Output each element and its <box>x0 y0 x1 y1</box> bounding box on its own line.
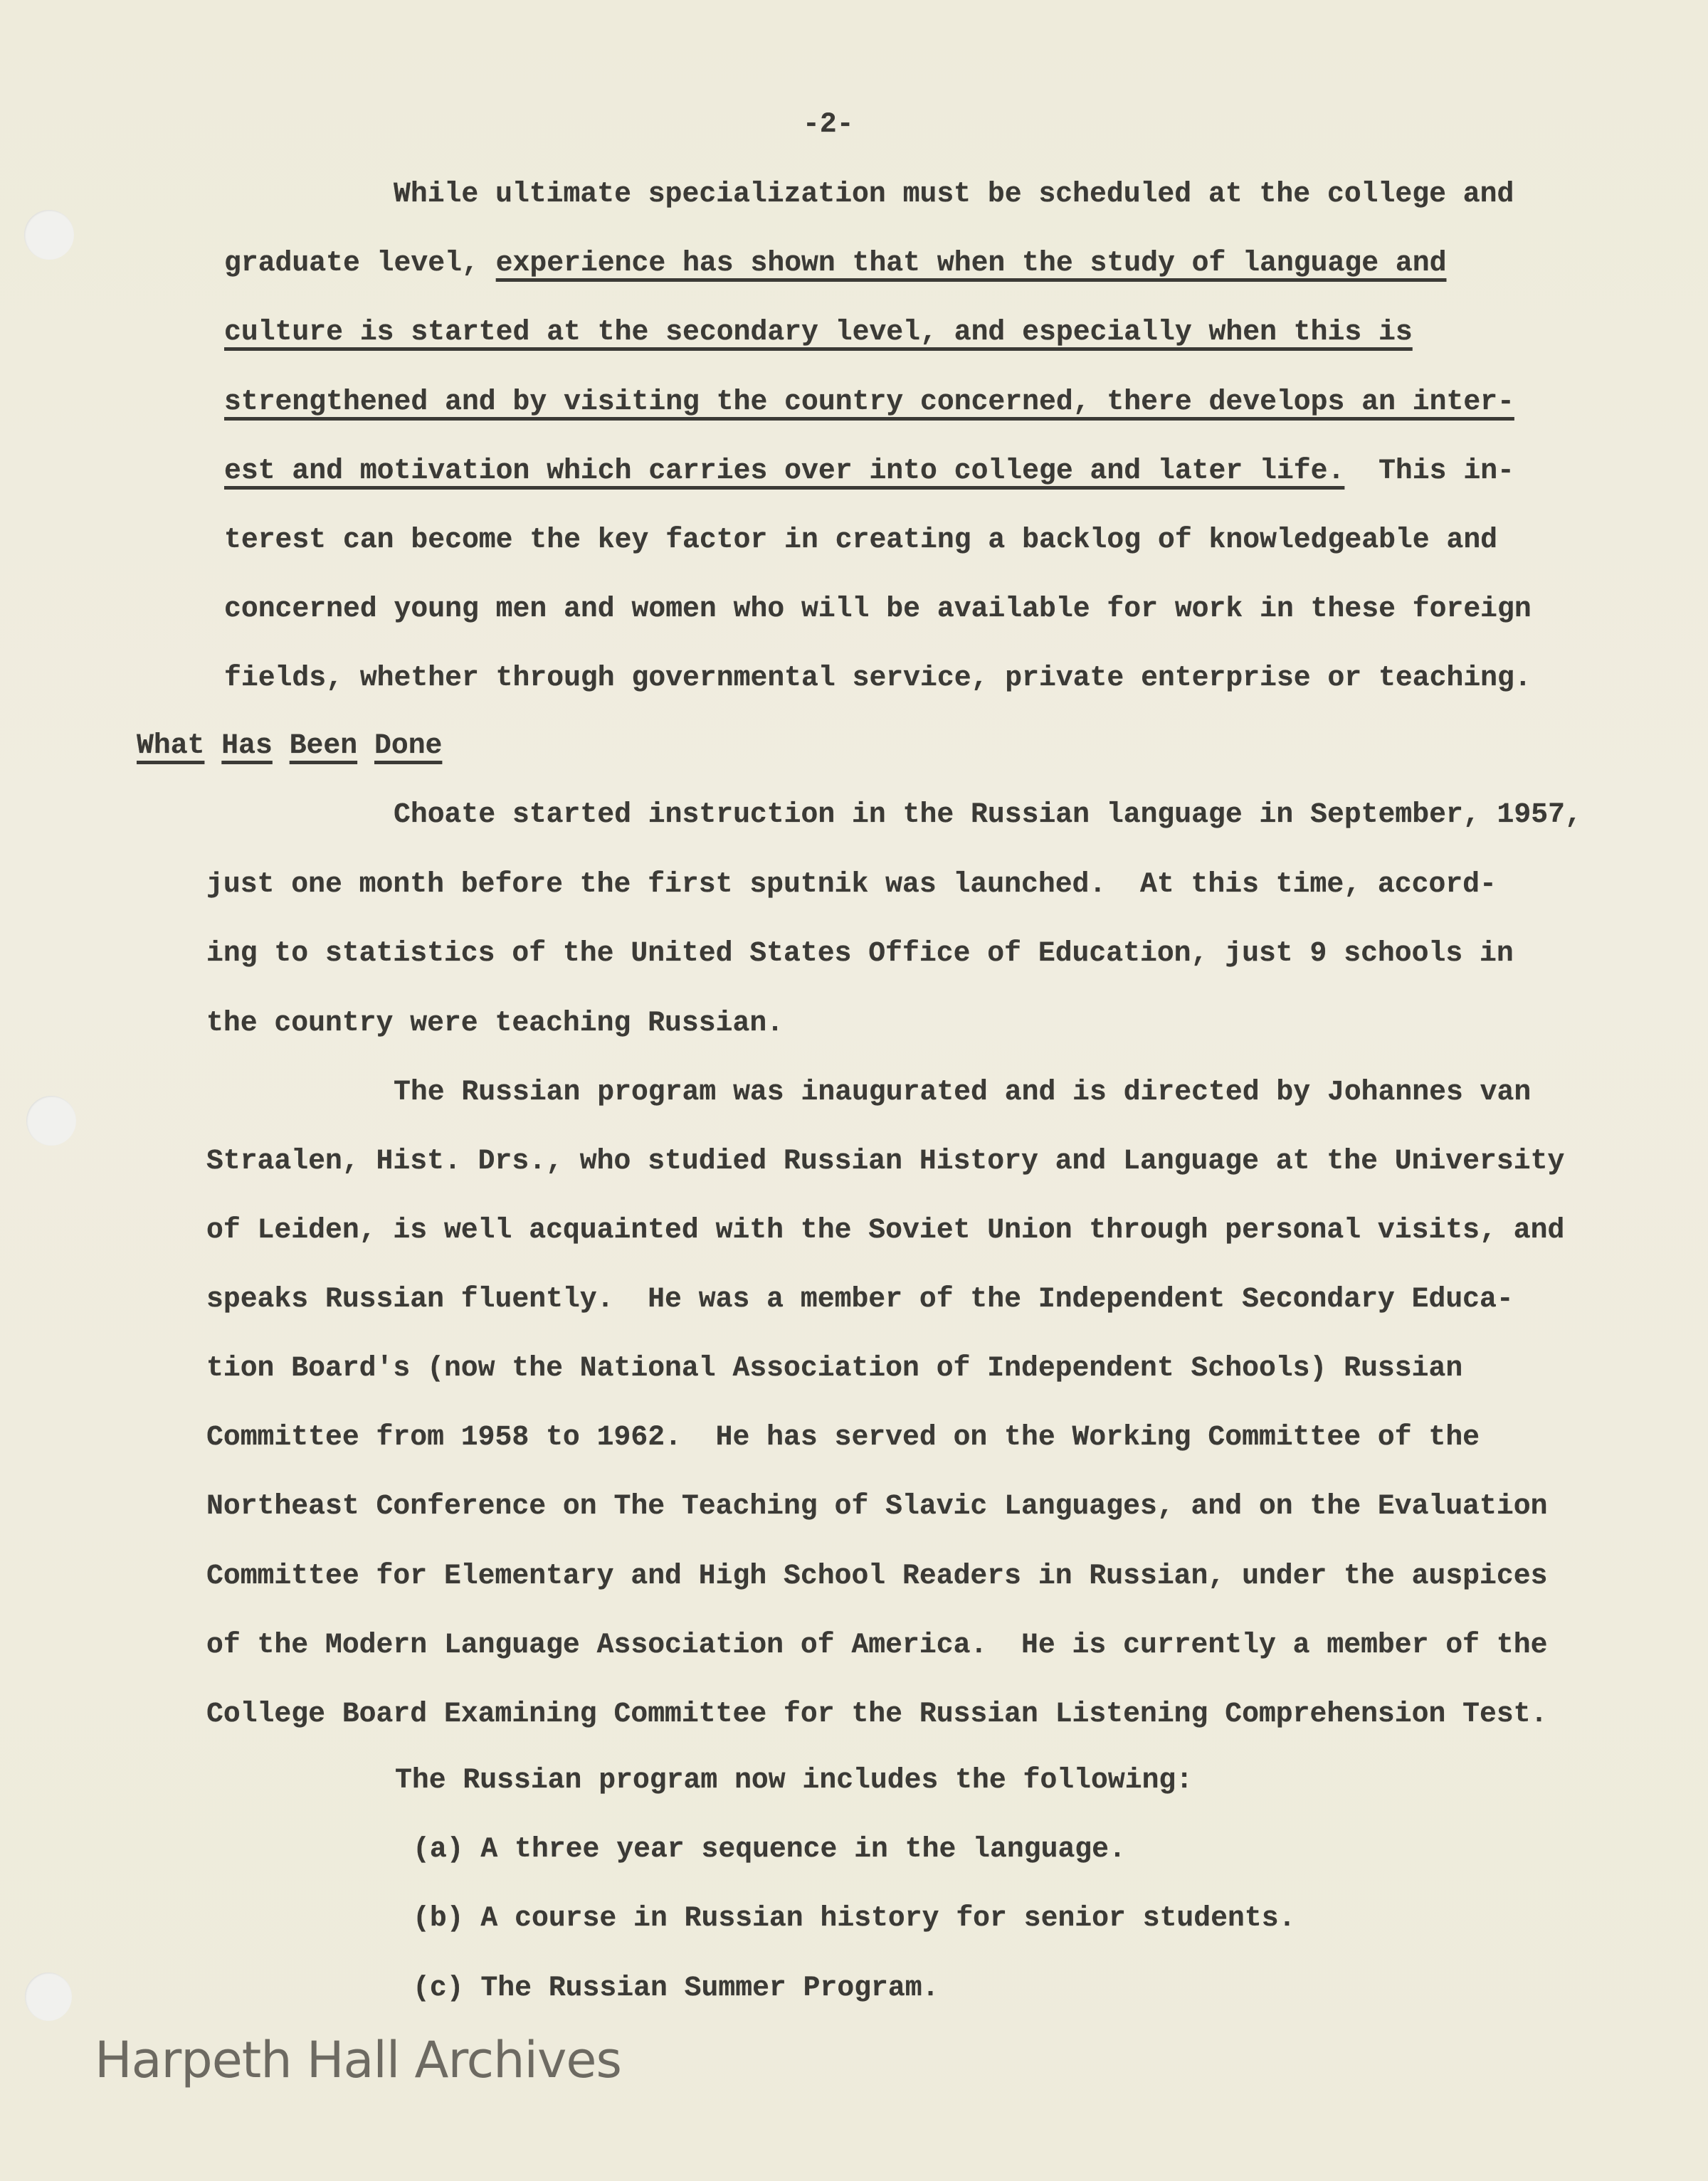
underlined-passage: est and motivation which carries over in… <box>224 455 1344 487</box>
paragraph3-line-5: tion Board's (now the National Associati… <box>206 1354 1462 1383</box>
paragraph3-line-8: Committee for Elementary and High School… <box>206 1562 1547 1590</box>
paragraph1-line-1: While ultimate specialization must be sc… <box>394 180 1514 208</box>
paragraph2-line-4: the country were teaching Russian. <box>206 1009 784 1037</box>
paragraph1-line-2: graduate level, experience has shown tha… <box>224 249 1447 278</box>
underlined-passage: strengthened and by visiting the country… <box>224 386 1514 418</box>
punch-hole-top <box>24 210 74 260</box>
page-number: -2- <box>803 110 854 139</box>
underlined-passage: culture is started at the secondary leve… <box>224 316 1413 348</box>
paragraph1-line-5-plain: This in- <box>1344 455 1514 487</box>
program-intro: The Russian program now includes the fol… <box>395 1766 1193 1795</box>
archive-watermark: Harpeth Hall Archives <box>95 2035 621 2085</box>
paragraph1-line-3: culture is started at the secondary leve… <box>224 318 1413 347</box>
heading-word: What <box>137 729 204 761</box>
paragraph2-line-1: Choate started instruction in the Russia… <box>394 801 1582 829</box>
paragraph3-line-7: Northeast Conference on The Teaching of … <box>206 1492 1547 1521</box>
program-item-a: (a) A three year sequence in the languag… <box>413 1835 1126 1864</box>
paragraph1-line-2-plain: graduate level, <box>224 247 496 279</box>
paragraph3-line-9: of the Modern Language Association of Am… <box>206 1631 1547 1659</box>
program-item-b: (b) A course in Russian history for seni… <box>413 1904 1295 1933</box>
paragraph2-line-2: just one month before the first sputnik … <box>206 870 1497 899</box>
document-page: -2- While ultimate specialization must b… <box>0 0 1708 2181</box>
paragraph1-line-7: concerned young men and women who will b… <box>224 595 1532 623</box>
heading-word: Has <box>221 729 273 761</box>
paragraph1-line-4: strengthened and by visiting the country… <box>224 388 1514 416</box>
paragraph3-line-2: Straalen, Hist. Drs., who studied Russia… <box>206 1147 1564 1176</box>
paragraph1-line-5: est and motivation which carries over in… <box>224 457 1514 485</box>
paragraph3-line-4: speaks Russian fluently. He was a member… <box>206 1285 1514 1314</box>
program-item-c: (c) The Russian Summer Program. <box>413 1974 939 2002</box>
section-heading: What Has Been Done <box>137 732 442 760</box>
paragraph3-line-6: Committee from 1958 to 1962. He has serv… <box>206 1423 1480 1452</box>
punch-hole-middle <box>26 1096 76 1146</box>
underlined-passage: experience has shown that when the study… <box>496 247 1447 279</box>
paragraph3-line-1: The Russian program was inaugurated and … <box>394 1078 1531 1107</box>
paragraph3-line-10: College Board Examining Committee for th… <box>206 1700 1547 1728</box>
punch-hole-bottom <box>25 1973 72 2021</box>
paragraph1-line-6: terest can become the key factor in crea… <box>224 526 1497 554</box>
heading-word: Been <box>290 729 357 761</box>
heading-word: Done <box>374 729 442 761</box>
paragraph3-line-3: of Leiden, is well acquainted with the S… <box>206 1216 1564 1245</box>
paragraph1-line-8: fields, whether through governmental ser… <box>224 664 1532 692</box>
paragraph2-line-3: ing to statistics of the United States O… <box>206 939 1514 968</box>
